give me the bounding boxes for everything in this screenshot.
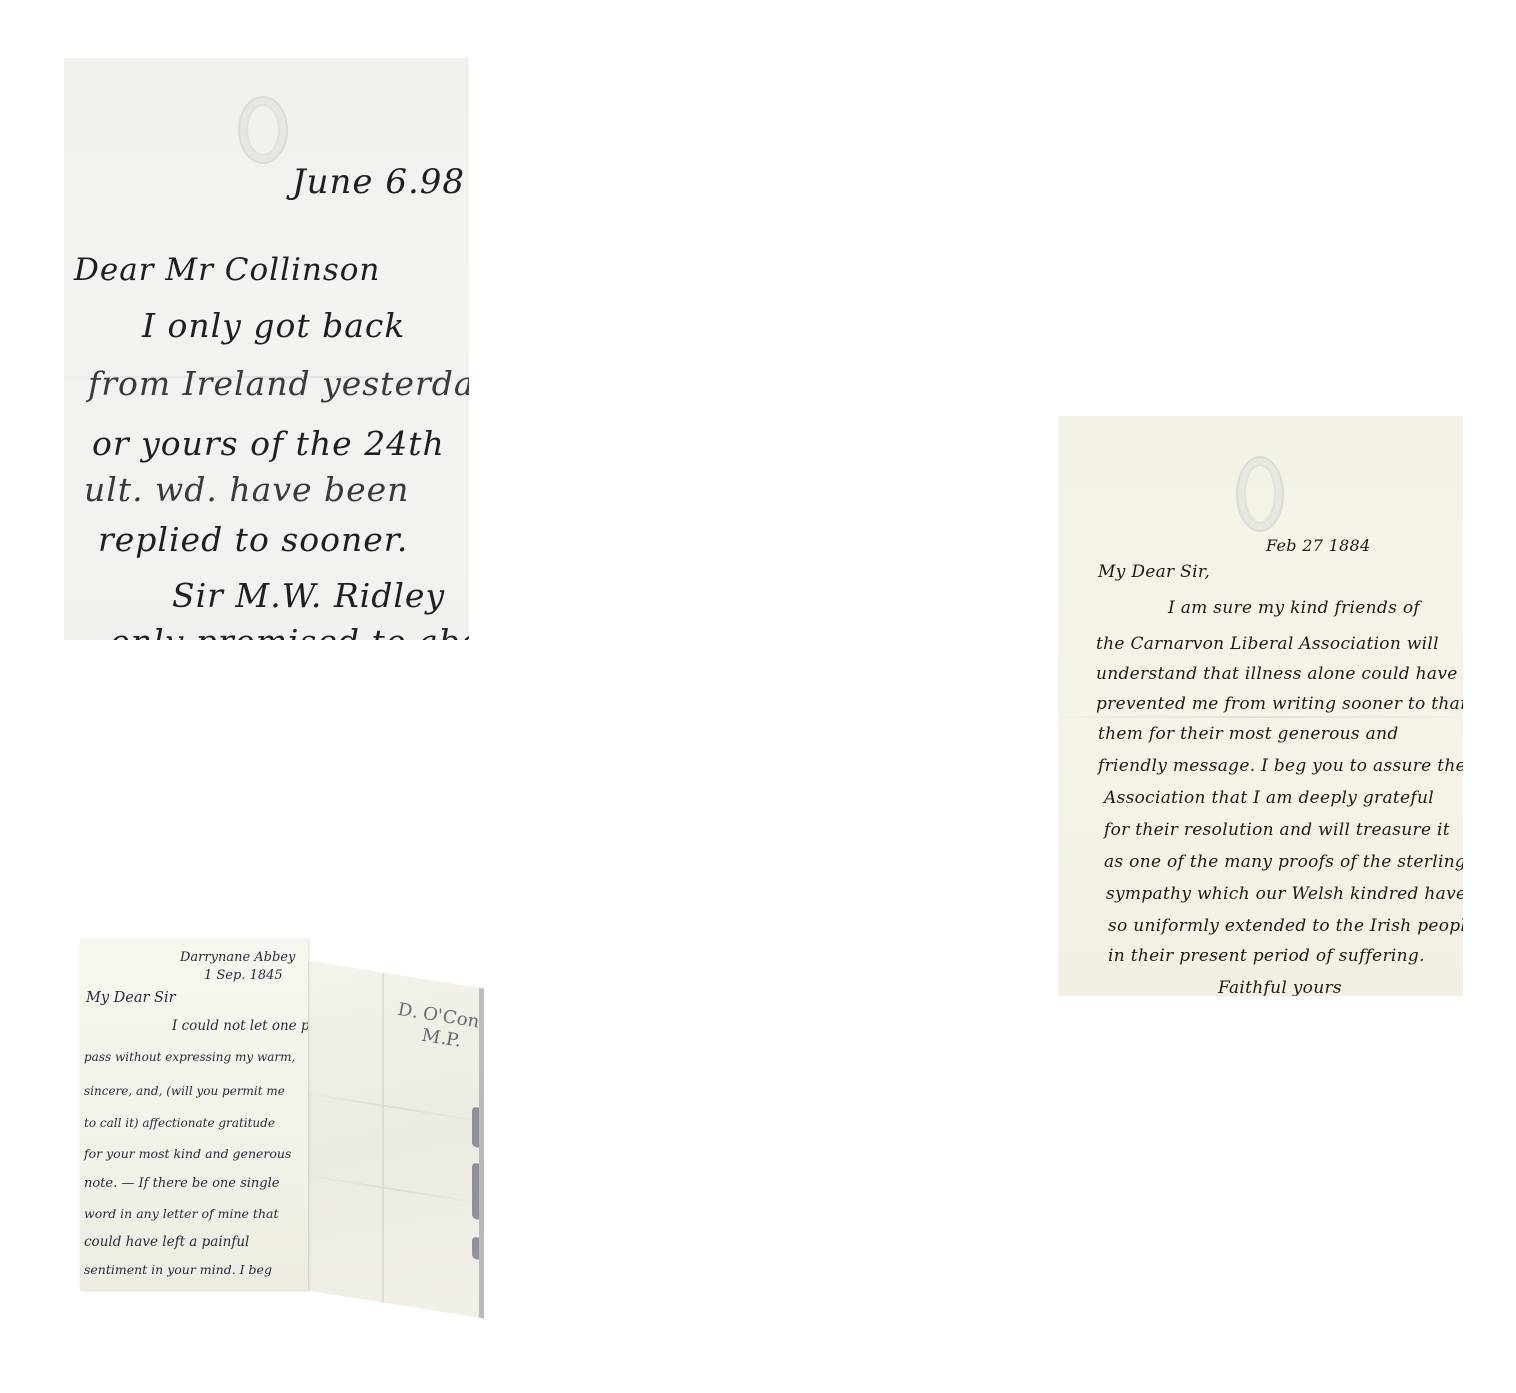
letter-line: as one of the many proofs of the sterlin… xyxy=(1104,852,1463,872)
letter-line: note. — If there be one single xyxy=(84,1176,279,1191)
letter-line: Association that I am deeply grateful xyxy=(1104,788,1434,808)
letter-line: or yours of the 24th xyxy=(92,424,445,463)
letter-line: sentiment in your mind. I beg xyxy=(84,1262,272,1277)
ink-stain xyxy=(472,1237,482,1261)
letter-line: for your most kind and generous xyxy=(84,1146,291,1161)
letter-line: friendly message. I beg you to assure th… xyxy=(1098,756,1463,776)
letter-line: pass without expressing my warm, xyxy=(84,1050,295,1064)
letter-line: replied to sooner. xyxy=(98,520,408,559)
letter-line: the Carnarvon Liberal Association will xyxy=(1096,634,1439,654)
embossed-crest-icon xyxy=(1236,456,1284,532)
letter-scan-1: June 6.98 Dear Mr Collinson I only got b… xyxy=(64,58,469,640)
paper-fold xyxy=(304,1174,479,1204)
embossed-crest-icon xyxy=(238,96,288,164)
letter-line: I only got back xyxy=(142,306,405,345)
letter-line: for their resolution and will treasure i… xyxy=(1104,820,1450,840)
letter-line: word in any letter of mine that xyxy=(84,1206,278,1221)
letter-salutation: My Dear Sir, xyxy=(1098,562,1210,582)
letter-line: only promised to abolish xyxy=(110,622,469,640)
letter-line: from Ireland yesterday xyxy=(88,364,469,403)
letter-line: them for their most generous and xyxy=(1098,724,1399,744)
letter-line: in their present period of suffering. xyxy=(1108,946,1425,966)
letter-salutation: Dear Mr Collinson xyxy=(74,252,380,288)
letter-line: sincere, and, (will you permit me xyxy=(84,1084,285,1098)
paper-fold xyxy=(304,1092,479,1122)
letter-date: 1 Sep. 1845 xyxy=(204,968,283,983)
letter-salutation: My Dear Sir xyxy=(86,990,176,1006)
letter-line: I am sure my kind friends of xyxy=(1168,598,1420,618)
letter-line: to call it) affectionate gratitude xyxy=(84,1116,275,1130)
letter-date: Feb 27 1884 xyxy=(1266,536,1371,555)
paper-fold xyxy=(382,972,384,1302)
letter-closing: Faithful yours xyxy=(1218,978,1342,996)
letter-address: Darrynane Abbey xyxy=(180,950,295,965)
letter-line: understand that illness alone could have xyxy=(1096,664,1458,684)
ink-stain xyxy=(472,1107,482,1149)
letter-scan-2: Feb 27 1884 My Dear Sir, I am sure my ki… xyxy=(1058,416,1463,996)
letter-line: I could not let one post xyxy=(172,1018,308,1034)
letter-scan-3: Darrynane Abbey 1 Sep. 1845 My Dear Sir … xyxy=(80,938,308,1290)
letter-scan-3-reverse: D. O'Connell M.P. xyxy=(304,960,484,1319)
letter-line: sympathy which our Welsh kindred have xyxy=(1106,884,1463,904)
letter-line: ult. wd. have been xyxy=(84,470,409,509)
letter-line: could have left a painful xyxy=(84,1234,249,1250)
letter-line: so uniformly extended to the Irish peopl… xyxy=(1108,916,1463,936)
letter-line: Sir M.W. Ridley xyxy=(172,576,445,615)
letter-line: prevented me from writing sooner to than… xyxy=(1096,694,1463,714)
ink-stain xyxy=(472,1163,482,1221)
paper-fold xyxy=(1058,716,1463,718)
letter-date: June 6.98 xyxy=(292,162,465,202)
